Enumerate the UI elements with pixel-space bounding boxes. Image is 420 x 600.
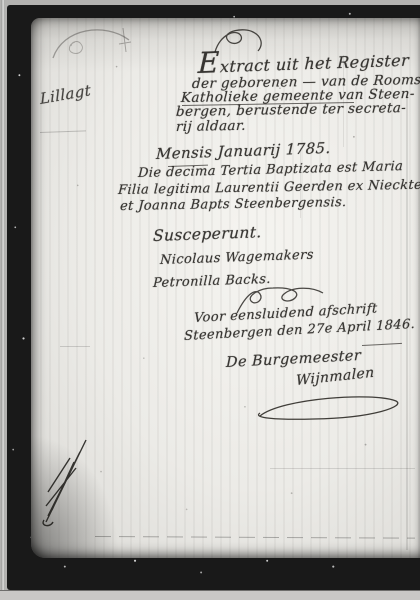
crease-line <box>270 468 415 469</box>
signature-flourish <box>246 390 408 426</box>
paper-edge-line <box>406 95 408 550</box>
embossed-stamp-arc-mark <box>49 20 141 72</box>
scanner-edge-strip <box>0 590 420 600</box>
corner-scribble-signature <box>34 436 92 530</box>
fold-line <box>343 55 344 147</box>
fold-line <box>300 148 301 218</box>
scanned-document: Lillagt Extract uit het Register der geb… <box>0 0 420 600</box>
title-line: rij aldaar. <box>176 118 247 135</box>
sponsors-heading: Susceperunt. <box>153 223 262 245</box>
scanner-edge-highlight <box>1 0 5 600</box>
crease-line <box>60 346 90 347</box>
